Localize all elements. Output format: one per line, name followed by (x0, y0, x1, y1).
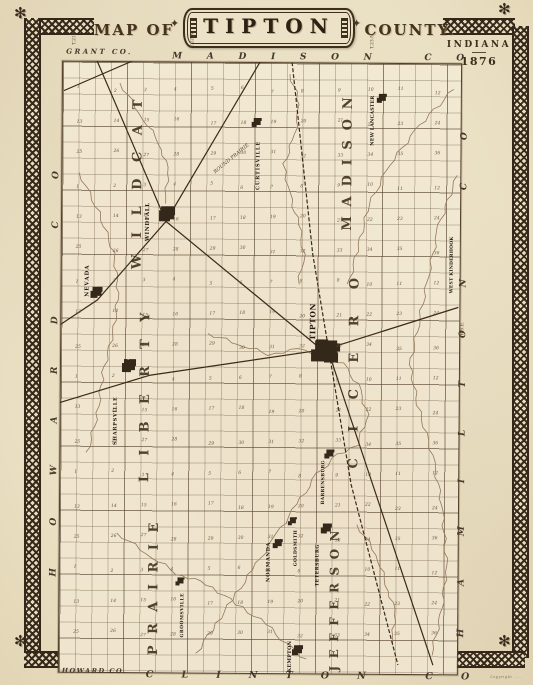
section-number: 27 (141, 533, 147, 538)
section-number: 17 (211, 122, 217, 127)
section-number: 17 (210, 217, 216, 222)
section-number: 14 (113, 214, 119, 219)
town-label-tetersburg: TETERSBURG (314, 534, 320, 586)
title-flourish-left-icon: ✦ (170, 17, 179, 30)
section-number: 9 (337, 279, 340, 284)
section-number: 1 (76, 280, 79, 285)
section-number: 8 (300, 184, 303, 189)
section-number: 36 (432, 536, 438, 541)
corner-ornament-bottom-left-icon: ✻ (14, 634, 27, 649)
section-number: 15 (140, 598, 146, 603)
section-number: 19 (270, 215, 276, 220)
section-number: 12 (434, 186, 440, 191)
section-number: 25 (75, 345, 81, 350)
section-number: 24 (434, 216, 440, 221)
section-number: 28 (171, 537, 177, 542)
section-number: 29 (210, 152, 216, 157)
state-label: INDIANA (446, 40, 512, 50)
section-number: 27 (143, 153, 149, 158)
section-number: 19 (269, 410, 275, 415)
section-number: 17 (209, 407, 215, 412)
section-number: 22 (365, 503, 371, 508)
section-number: 11 (397, 187, 403, 192)
section-number: 28 (171, 437, 177, 442)
section-number: 30 (238, 441, 244, 446)
section-number: 3 (142, 373, 145, 378)
section-number: 29 (208, 537, 214, 542)
town-label-kempton: KEMPTON (287, 636, 293, 672)
section-number: 7 (271, 90, 274, 95)
section-number: 36 (433, 346, 439, 351)
town-label-groomsville: GROOMSVILLE (180, 583, 185, 637)
section-number: 5 (210, 182, 213, 187)
section-number: 31 (270, 250, 276, 255)
section-number: 35 (397, 152, 403, 157)
section-number: 13 (74, 505, 80, 510)
section-number: 31 (267, 630, 273, 635)
section-number: 4 (173, 277, 176, 282)
section-number: 14 (112, 409, 118, 414)
section-number: 7 (268, 470, 271, 475)
section-number: 30 (240, 246, 246, 251)
section-number: 3 (141, 473, 144, 478)
border-bottom-right-segment (450, 651, 525, 668)
section-number: 2 (113, 279, 116, 284)
section-number: 16 (174, 117, 180, 122)
town-block-curtisville (254, 118, 261, 125)
section-number: 6 (240, 281, 243, 286)
section-number: 17 (208, 502, 214, 507)
section-number: 11 (398, 87, 404, 92)
section-number: 27 (143, 248, 149, 253)
section-number: 23 (396, 407, 402, 412)
section-number: 5 (209, 377, 212, 382)
section-number: 1 (76, 185, 79, 190)
section-number: 1 (74, 470, 77, 475)
survey-grid-marker: T.22.N. (190, 31, 195, 47)
section-number: 22 (366, 408, 372, 413)
creek-line (196, 334, 370, 655)
map-area: GRANT CO.MADISON COHOWARD COHAMILTON COC… (56, 53, 464, 676)
section-number: 23 (397, 217, 403, 222)
section-number: 30 (237, 631, 243, 636)
railroad-line (60, 305, 459, 406)
section-number: 16 (172, 312, 178, 317)
section-number: 18 (238, 506, 244, 511)
section-number: 16 (172, 407, 178, 412)
section-number: 35 (395, 442, 401, 447)
section-number: 3 (141, 568, 144, 573)
section-number: 7 (269, 375, 272, 380)
section-number: 25 (76, 245, 82, 250)
town-block-sharpsville (124, 359, 135, 370)
section-number: 36 (434, 151, 440, 156)
section-number: 33 (335, 439, 341, 444)
section-number: 18 (241, 121, 247, 126)
section-number: 12 (432, 471, 438, 476)
section-number: 24 (433, 311, 439, 316)
border-right (512, 26, 529, 658)
town-block-new-lancaster (379, 94, 386, 101)
section-number: 12 (434, 281, 440, 286)
township-label-cicero: CICERO (346, 259, 362, 469)
section-number: 19 (268, 505, 274, 510)
section-number: 12 (432, 571, 438, 576)
section-number: 11 (395, 567, 401, 572)
section-number: 6 (238, 471, 241, 476)
section-number: 31 (268, 535, 274, 540)
border-left (24, 18, 41, 664)
section-number: 18 (237, 601, 243, 606)
section-number: 2 (111, 569, 114, 574)
section-number: 23 (395, 507, 401, 512)
section-number: 4 (171, 567, 174, 572)
section-number: 15 (143, 213, 149, 218)
railroad-line (64, 61, 132, 91)
section-number: 30 (240, 151, 246, 156)
town-label-goldsmith: GOLDSMITH (294, 522, 299, 566)
section-number: 28 (173, 152, 179, 157)
survey-grid-marker: T.23.N. (370, 33, 375, 49)
section-number: 24 (435, 121, 441, 126)
section-number: 23 (394, 602, 400, 607)
section-number: 21 (338, 119, 344, 124)
section-number: 4 (173, 182, 176, 187)
section-number: 10 (367, 183, 373, 188)
section-number: 5 (210, 282, 213, 287)
section-number: 13 (76, 215, 82, 220)
section-number: 25 (76, 150, 82, 155)
section-number: 26 (111, 439, 117, 444)
title-county-name: TIPTON (185, 10, 353, 46)
section-number: 14 (111, 504, 117, 509)
section-number: 35 (395, 537, 401, 542)
section-number: 32 (300, 154, 306, 159)
neighbor-county-label: HOWARD CO. (62, 667, 127, 675)
section-number: 22 (366, 313, 372, 318)
corner-ornament-top-right-icon: ✻ (498, 2, 511, 17)
antique-map-sheet: ✻ ✻ ✻ ✻ MAP OF ✦ TIPTON ✦ COUNTY. INDIAN… (0, 0, 533, 685)
section-number: 34 (366, 343, 372, 348)
section-number: 10 (365, 568, 371, 573)
section-number: 7 (270, 185, 273, 190)
section-number: 35 (397, 247, 403, 252)
town-block-kempton (294, 645, 302, 653)
section-number: 10 (367, 283, 373, 288)
section-number: 10 (366, 378, 372, 383)
section-number: 6 (239, 376, 242, 381)
section-number: 34 (367, 248, 373, 253)
section-number: 2 (112, 374, 115, 379)
corner-ornament-bottom-right-icon: ✻ (498, 634, 511, 649)
section-number: 16 (170, 597, 176, 602)
section-number: 10 (368, 88, 374, 93)
section-number: 5 (208, 567, 211, 572)
section-number: 27 (140, 633, 146, 638)
section-number: 17 (209, 312, 215, 317)
section-number: 8 (300, 279, 303, 284)
section-number: 30 (239, 346, 245, 351)
town-block-normanda (275, 539, 282, 546)
section-number: 34 (365, 443, 371, 448)
section-number: 26 (113, 249, 119, 254)
section-number: 18 (239, 406, 245, 411)
section-number: 21 (336, 409, 342, 414)
section-number: 24 (432, 506, 438, 511)
survey-grid-marker: T.21.N. (72, 29, 77, 45)
section-number: 13 (77, 120, 83, 125)
town-label-barrensburg: BARRENSBURG (321, 452, 326, 504)
section-number: 20 (301, 119, 307, 124)
section-number: 13 (73, 600, 79, 605)
section-number: 2 (111, 469, 114, 474)
section-number: 31 (269, 345, 275, 350)
section-number: 28 (170, 632, 176, 637)
section-number: 19 (269, 310, 275, 315)
section-number: 33 (337, 249, 343, 254)
section-number: 29 (210, 247, 216, 252)
town-block-barrensburg (326, 449, 333, 456)
section-number: 13 (75, 405, 81, 410)
section-number: 27 (141, 438, 147, 443)
town-label-west-kinderhook: WEST KINDERHOOK (449, 223, 454, 293)
section-number: 3 (143, 278, 146, 283)
section-number: 15 (144, 118, 150, 123)
section-number: 22 (367, 218, 373, 223)
section-number: 19 (267, 600, 273, 605)
section-number: 14 (114, 119, 120, 124)
section-number: 14 (112, 309, 118, 314)
section-number: 32 (297, 634, 303, 639)
town-label-normanda: NORMANDA (265, 538, 271, 582)
section-number: 16 (173, 217, 179, 222)
section-number: 36 (431, 631, 437, 636)
section-number: 6 (240, 186, 243, 191)
section-number: 18 (239, 311, 245, 316)
section-number: 2 (113, 184, 116, 189)
section-number: 20 (300, 214, 306, 219)
section-number: 9 (335, 569, 338, 574)
section-number: 1 (77, 85, 80, 90)
section-number: 19 (271, 120, 277, 125)
section-number: 33 (335, 539, 341, 544)
section-number: 22 (364, 603, 370, 608)
section-number: 33 (336, 344, 342, 349)
section-number: 28 (173, 247, 179, 252)
section-number: 22 (368, 123, 374, 128)
section-number: 28 (172, 342, 178, 347)
section-number: 31 (268, 440, 274, 445)
section-number: 5 (208, 472, 211, 477)
section-number: 18 (240, 216, 246, 221)
section-number: 26 (113, 149, 119, 154)
section-number: 4 (172, 377, 175, 382)
section-number: 15 (142, 408, 148, 413)
section-number: 25 (73, 630, 79, 635)
section-number: 2 (114, 89, 117, 94)
section-number: 20 (298, 504, 304, 509)
section-number: 34 (364, 633, 370, 638)
section-number: 12 (433, 376, 439, 381)
township-label-prairie: PRAIRIE (146, 495, 162, 655)
section-number: 26 (110, 629, 116, 634)
section-number: 32 (299, 344, 305, 349)
section-number: 24 (431, 601, 437, 606)
section-number: 17 (207, 602, 213, 607)
section-number: 35 (394, 632, 400, 637)
section-number: 7 (268, 570, 271, 575)
section-number: 20 (297, 599, 303, 604)
creek-line (356, 525, 396, 646)
section-number: 23 (396, 312, 402, 317)
section-number: 9 (337, 184, 340, 189)
section-number: 4 (171, 472, 174, 477)
section-number: 6 (241, 86, 244, 91)
section-number: 20 (299, 314, 305, 319)
section-number: 15 (142, 313, 148, 318)
town-block-tipton (315, 340, 337, 358)
section-number: 33 (334, 634, 340, 639)
section-number: 12 (435, 91, 441, 96)
section-number: 31 (270, 150, 276, 155)
section-number: 21 (334, 599, 340, 604)
section-number: 13 (75, 310, 81, 315)
section-number: 34 (365, 538, 371, 543)
section-number: 32 (298, 534, 304, 539)
neighbor-county-label: GRANT CO. (66, 47, 133, 56)
section-number: 32 (300, 249, 306, 254)
section-number: 24 (433, 411, 439, 416)
section-number: 14 (110, 599, 116, 604)
section-number: 26 (111, 534, 117, 539)
town-block-nevada (92, 287, 101, 296)
section-number: 11 (396, 377, 402, 382)
section-number: 3 (143, 183, 146, 188)
section-number: 9 (338, 89, 341, 94)
creek-line (116, 533, 307, 659)
section-number: 8 (301, 89, 304, 94)
section-number: 36 (434, 251, 440, 256)
section-number: 34 (367, 153, 373, 158)
title-cartouche: TIPTON (183, 8, 355, 48)
town-block-tetersburg (323, 523, 331, 531)
section-number: 1 (75, 375, 78, 380)
section-number: 11 (395, 472, 401, 477)
section-number: 15 (141, 503, 147, 508)
corner-ornament-top-left-icon: ✻ (14, 6, 27, 21)
section-number: 29 (207, 632, 213, 637)
section-number: 11 (397, 282, 403, 287)
section-number: 20 (299, 409, 305, 414)
section-number: 7 (270, 280, 273, 285)
section-number: 27 (142, 343, 148, 348)
section-number: 9 (336, 379, 339, 384)
section-number: 16 (171, 502, 177, 507)
town-label-nevada: NEVADA (84, 259, 90, 297)
section-number: 10 (365, 473, 371, 478)
section-number: 32 (298, 439, 304, 444)
survey-grid-marker: R.5.E. (460, 322, 465, 336)
section-number: 33 (337, 154, 343, 159)
section-number: 21 (336, 314, 342, 319)
section-number: 29 (209, 342, 215, 347)
township-label-wildcat: WILDCAT (130, 79, 146, 269)
section-number: 1 (74, 565, 77, 570)
section-number: 3 (144, 88, 147, 93)
section-number: 26 (112, 344, 118, 349)
section-number: 29 (208, 442, 214, 447)
section-number: 35 (396, 347, 402, 352)
section-number: 6 (238, 566, 241, 571)
copyright-line: Copyright ..... (428, 675, 522, 679)
section-number: 9 (335, 474, 338, 479)
section-number: 25 (74, 535, 80, 540)
section-number: 25 (74, 440, 80, 445)
title-map-of: MAP OF (86, 21, 182, 39)
section-number: 8 (298, 569, 301, 574)
town-label-tipton: TIPTON (308, 292, 317, 340)
town-label-curtisville: CURTISVILLE (255, 126, 261, 190)
section-number: 23 (398, 122, 404, 127)
section-number: 4 (174, 87, 177, 92)
section-number: 36 (432, 441, 438, 446)
section-number: 21 (337, 219, 343, 224)
section-number: 8 (298, 474, 301, 479)
section-number: 8 (299, 374, 302, 379)
section-number: 5 (211, 87, 214, 92)
section-number: 21 (335, 504, 341, 509)
section-number: 30 (238, 536, 244, 541)
